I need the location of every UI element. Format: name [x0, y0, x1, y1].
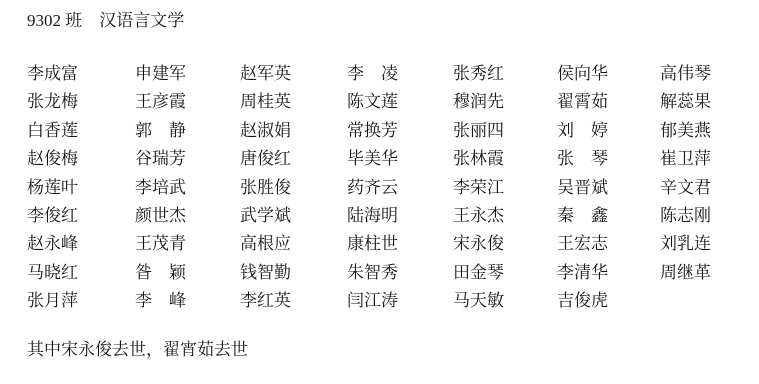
roster-name: 郭 静 [135, 120, 240, 148]
roster-name [660, 290, 759, 318]
roster-name: 常换芳 [347, 120, 453, 148]
roster-name: 高伟琴 [660, 63, 759, 91]
roster-name: 王永杰 [453, 205, 557, 233]
roster-name: 周桂英 [240, 91, 347, 119]
roster-name: 李俊红 [27, 205, 135, 233]
roster-name: 穆润先 [453, 91, 557, 119]
roster-name: 李培武 [135, 177, 240, 205]
roster-name: 朱智秀 [347, 262, 453, 290]
roster-name: 刘乳连 [660, 233, 759, 261]
page-title: 9302 班 汉语言文学 [27, 11, 184, 31]
roster-name: 张 琴 [557, 148, 660, 176]
roster-name: 马晓红 [27, 262, 135, 290]
roster-name: 陈志刚 [660, 205, 759, 233]
roster-name: 药齐云 [347, 177, 453, 205]
roster-name: 侯向华 [557, 63, 660, 91]
name-roster: 李成富申建军赵军英李 凌张秀红侯向华高伟琴张龙梅王彦霞周桂英陈文莲穆润先翟霄茹解… [27, 63, 759, 319]
roster-name: 张丽四 [453, 120, 557, 148]
roster-name: 张林霞 [453, 148, 557, 176]
roster-name: 李 凌 [347, 63, 453, 91]
roster-name: 赵永峰 [27, 233, 135, 261]
roster-name: 翟霄茹 [557, 91, 660, 119]
roster-name: 赵俊梅 [27, 148, 135, 176]
roster-name: 李清华 [557, 262, 660, 290]
roster-name: 张月萍 [27, 290, 135, 318]
roster-name: 白香莲 [27, 120, 135, 148]
roster-name: 颜世杰 [135, 205, 240, 233]
document-page: 9302 班 汉语言文学 李成富申建军赵军英李 凌张秀红侯向华高伟琴张龙梅王彦霞… [0, 0, 759, 384]
roster-name: 吴晋斌 [557, 177, 660, 205]
roster-name: 解蕊果 [660, 91, 759, 119]
roster-name: 杨莲叶 [27, 177, 135, 205]
roster-name: 王茂青 [135, 233, 240, 261]
roster-name: 辛文君 [660, 177, 759, 205]
roster-name: 田金琴 [453, 262, 557, 290]
roster-name: 毕美华 [347, 148, 453, 176]
roster-name: 赵淑娟 [240, 120, 347, 148]
roster-name: 张胜俊 [240, 177, 347, 205]
roster-name: 崔卫萍 [660, 148, 759, 176]
roster-name: 刘 婷 [557, 120, 660, 148]
roster-name: 昝 颖 [135, 262, 240, 290]
roster-name: 武学斌 [240, 205, 347, 233]
roster-name: 谷瑞芳 [135, 148, 240, 176]
roster-name: 李 峰 [135, 290, 240, 318]
roster-name: 闫江涛 [347, 290, 453, 318]
roster-name: 秦 鑫 [557, 205, 660, 233]
roster-name: 唐俊红 [240, 148, 347, 176]
roster-name: 李成富 [27, 63, 135, 91]
roster-name: 钱智勤 [240, 262, 347, 290]
roster-name: 吉俊虎 [557, 290, 660, 318]
roster-name: 申建军 [135, 63, 240, 91]
roster-name: 高根应 [240, 233, 347, 261]
roster-name: 李荣江 [453, 177, 557, 205]
roster-name: 张秀红 [453, 63, 557, 91]
roster-name: 陈文莲 [347, 91, 453, 119]
roster-name: 陆海明 [347, 205, 453, 233]
roster-name: 李红英 [240, 290, 347, 318]
roster-name: 郁美燕 [660, 120, 759, 148]
roster-name: 王宏志 [557, 233, 660, 261]
roster-name: 周继革 [660, 262, 759, 290]
roster-name: 张龙梅 [27, 91, 135, 119]
roster-name: 赵军英 [240, 63, 347, 91]
roster-name: 马天敏 [453, 290, 557, 318]
roster-name: 康柱世 [347, 233, 453, 261]
footer-note: 其中宋永俊去世，翟宵茹去世 [27, 340, 248, 360]
roster-name: 王彦霞 [135, 91, 240, 119]
roster-name: 宋永俊 [453, 233, 557, 261]
